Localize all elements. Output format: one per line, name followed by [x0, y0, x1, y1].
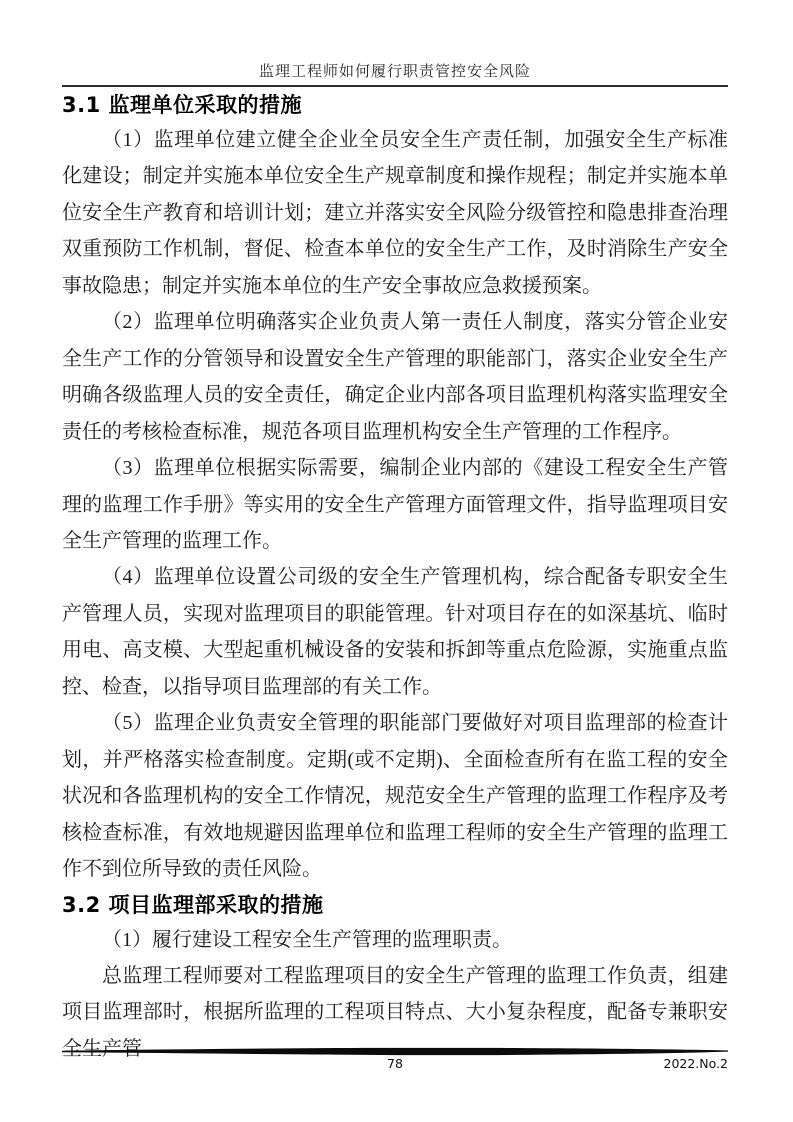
running-header-title: 监理工程师如何履行职责管控安全风险 [62, 60, 728, 81]
paragraph: （5）监理企业负责安全管理的职能部门要做好对项目监理部的检查计划，并严格落实检查… [62, 705, 728, 887]
article-body: 3.1 监理单位采取的措施 （1）监理单位建立健全企业全员安全生产责任制，加强安… [62, 88, 728, 1067]
paragraph: （1）履行建设工程安全生产管理的监理职责。 [62, 922, 728, 958]
paragraph: （2）监理单位明确落实企业负责人第一责任人制度，落实分管企业安全生产工作的分管领… [62, 304, 728, 450]
paragraph: （3）监理单位根据实际需要，编制企业内部的《建设工程安全生产管理的监理工作手册》… [62, 450, 728, 559]
section-heading-3-2: 3.2 项目监理部采取的措施 [62, 888, 728, 922]
issue-label: 2022.No.2 [664, 1056, 729, 1071]
footer-rule-bar [62, 1047, 728, 1056]
page-number: 78 [62, 1056, 728, 1071]
journal-page: 监理工程师如何履行职责管控安全风险 3.1 监理单位采取的措施 （1）监理单位建… [0, 0, 793, 1122]
header-rule [62, 85, 728, 87]
section-heading-3-1: 3.1 监理单位采取的措施 [62, 88, 728, 122]
paragraph: （1）监理单位建立健全企业全员安全生产责任制，加强安全生产标准化建设；制定并实施… [62, 122, 728, 304]
footer: 78 2022.No.2 [62, 1056, 728, 1074]
paragraph: （4）监理单位设置公司级的安全生产管理机构，综合配备专职安全生产管理人员，实现对… [62, 559, 728, 705]
